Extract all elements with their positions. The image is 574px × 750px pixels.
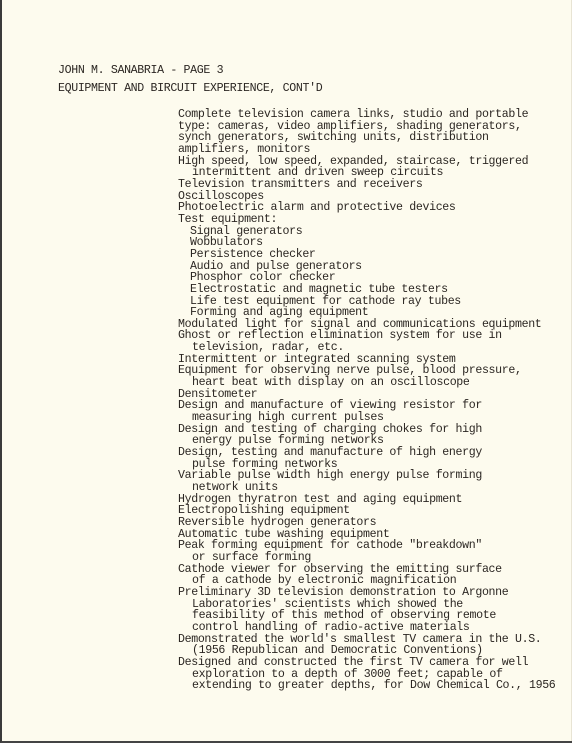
list-item: Complete television camera links, studio… xyxy=(178,109,555,121)
list-item: Television transmitters and receivers xyxy=(178,179,555,191)
list-item-continuation: heart beat with display on an oscillosco… xyxy=(178,377,555,389)
list-item: Reversible hydrogen generators xyxy=(178,517,555,529)
section-title: EQUIPMENT AND BIRCUIT EXPERIENCE, CONT'D xyxy=(58,82,322,95)
list-item-continuation: extending to greater depths, for Dow Che… xyxy=(178,680,555,692)
sub-list-item: Electrostatic and magnetic tube testers xyxy=(178,284,555,296)
list-item-continuation: or surface forming xyxy=(178,552,555,564)
experience-list: Complete television camera links, studio… xyxy=(178,109,555,692)
page-header: JOHN M. SANABRIA - PAGE 3 xyxy=(58,64,223,77)
document-page: JOHN M. SANABRIA - PAGE 3 EQUIPMENT AND … xyxy=(0,0,572,743)
list-item: Design, testing and manufacture of high … xyxy=(178,447,555,459)
list-item-continuation: network units xyxy=(178,482,555,494)
list-item: Designed and constructed the first TV ca… xyxy=(178,657,555,669)
list-item: Test equipment: xyxy=(178,214,555,226)
list-item-continuation: measuring high current pulses xyxy=(178,412,555,424)
list-item: amplifiers, monitors xyxy=(178,144,555,156)
list-item-continuation: control handling of radio-active materia… xyxy=(178,622,555,634)
sub-list-item: Persistence checker xyxy=(178,249,555,261)
list-item: Preliminary 3D television demonstration … xyxy=(178,587,555,599)
